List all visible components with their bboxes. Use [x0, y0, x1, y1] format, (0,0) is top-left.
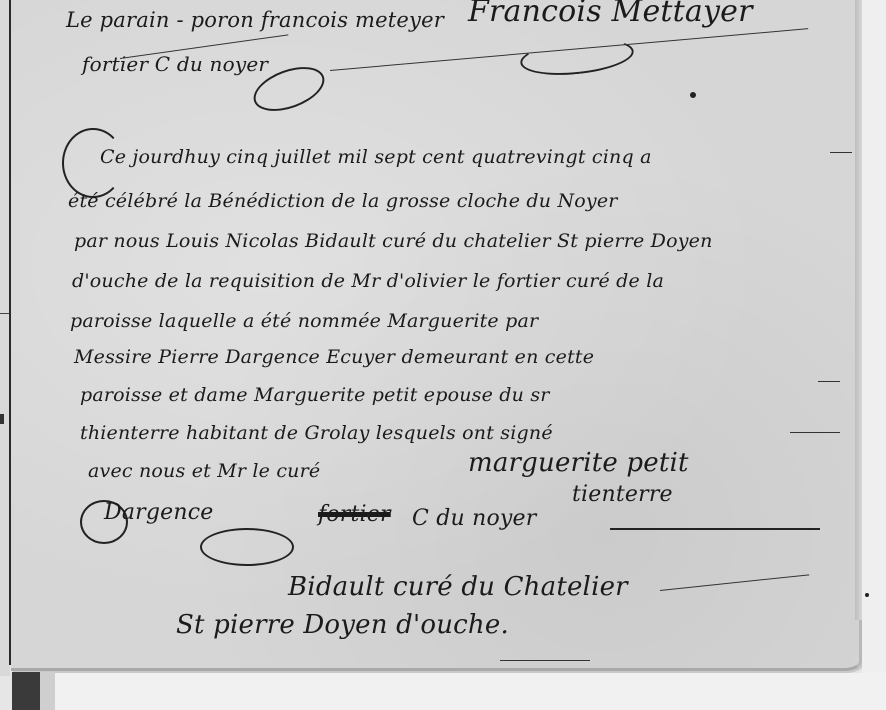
- bottom-left-strip: [40, 672, 55, 710]
- dargence-paraph: [200, 528, 294, 566]
- margin-dash-2: [818, 381, 840, 382]
- signature-dargence: Dargence: [104, 500, 213, 525]
- right-background: [862, 0, 886, 710]
- signature-marguerite-petit: marguerite petit: [468, 448, 689, 478]
- bottom-left-shadow: [12, 672, 40, 710]
- ink-speck: [865, 593, 869, 597]
- body-line-5: paroisse laquelle a été nommée Marguerit…: [70, 310, 538, 332]
- signature-st-pierre: St pierre Doyen d'ouche.: [176, 610, 509, 640]
- scanned-register-page: Le parain - poron francois meteyer Franc…: [0, 0, 886, 710]
- bottom-background: [55, 673, 886, 710]
- closing-stroke: [500, 660, 590, 661]
- body-line-7: paroisse et dame Marguerite petit epouse…: [80, 384, 550, 406]
- margin-tick: [0, 313, 9, 314]
- paper-sheet: [11, 0, 862, 671]
- ink-blot: [690, 92, 696, 98]
- godfather-line: Le parain - poron francois meteyer: [66, 8, 444, 32]
- body-line-1: Ce jourdhuy cinq juillet mil sept cent q…: [100, 146, 652, 168]
- margin-dash: [830, 152, 852, 153]
- body-line-8: thienterre habitant de Grolay lesquels o…: [80, 422, 553, 444]
- body-line-4: d'ouche de la requisition de Mr d'olivie…: [72, 270, 664, 292]
- signature-mettayer: Francois Mettayer: [468, 0, 753, 29]
- signature-underline: [610, 528, 820, 530]
- fortier-du-noyer-line: fortier C du noyer: [82, 52, 268, 76]
- signature-bidault: Bidault curé du Chatelier: [288, 572, 628, 602]
- signature-tienterre: tienterre: [572, 482, 673, 507]
- signature-fortier-struck: fortier: [318, 502, 391, 527]
- body-line-9: avec nous et Mr le curé: [88, 460, 320, 482]
- margin-mark: [0, 414, 4, 424]
- binding-rule: [9, 0, 11, 665]
- body-line-2: été célébré la Bénédiction de la grosse …: [68, 190, 618, 212]
- margin-dash-3: [790, 432, 840, 433]
- signature-du-noyer: C du noyer: [412, 506, 536, 531]
- body-line-6: Messire Pierre Dargence Ecuyer demeurant…: [74, 346, 594, 368]
- body-line-3: par nous Louis Nicolas Bidault curé du c…: [74, 230, 713, 252]
